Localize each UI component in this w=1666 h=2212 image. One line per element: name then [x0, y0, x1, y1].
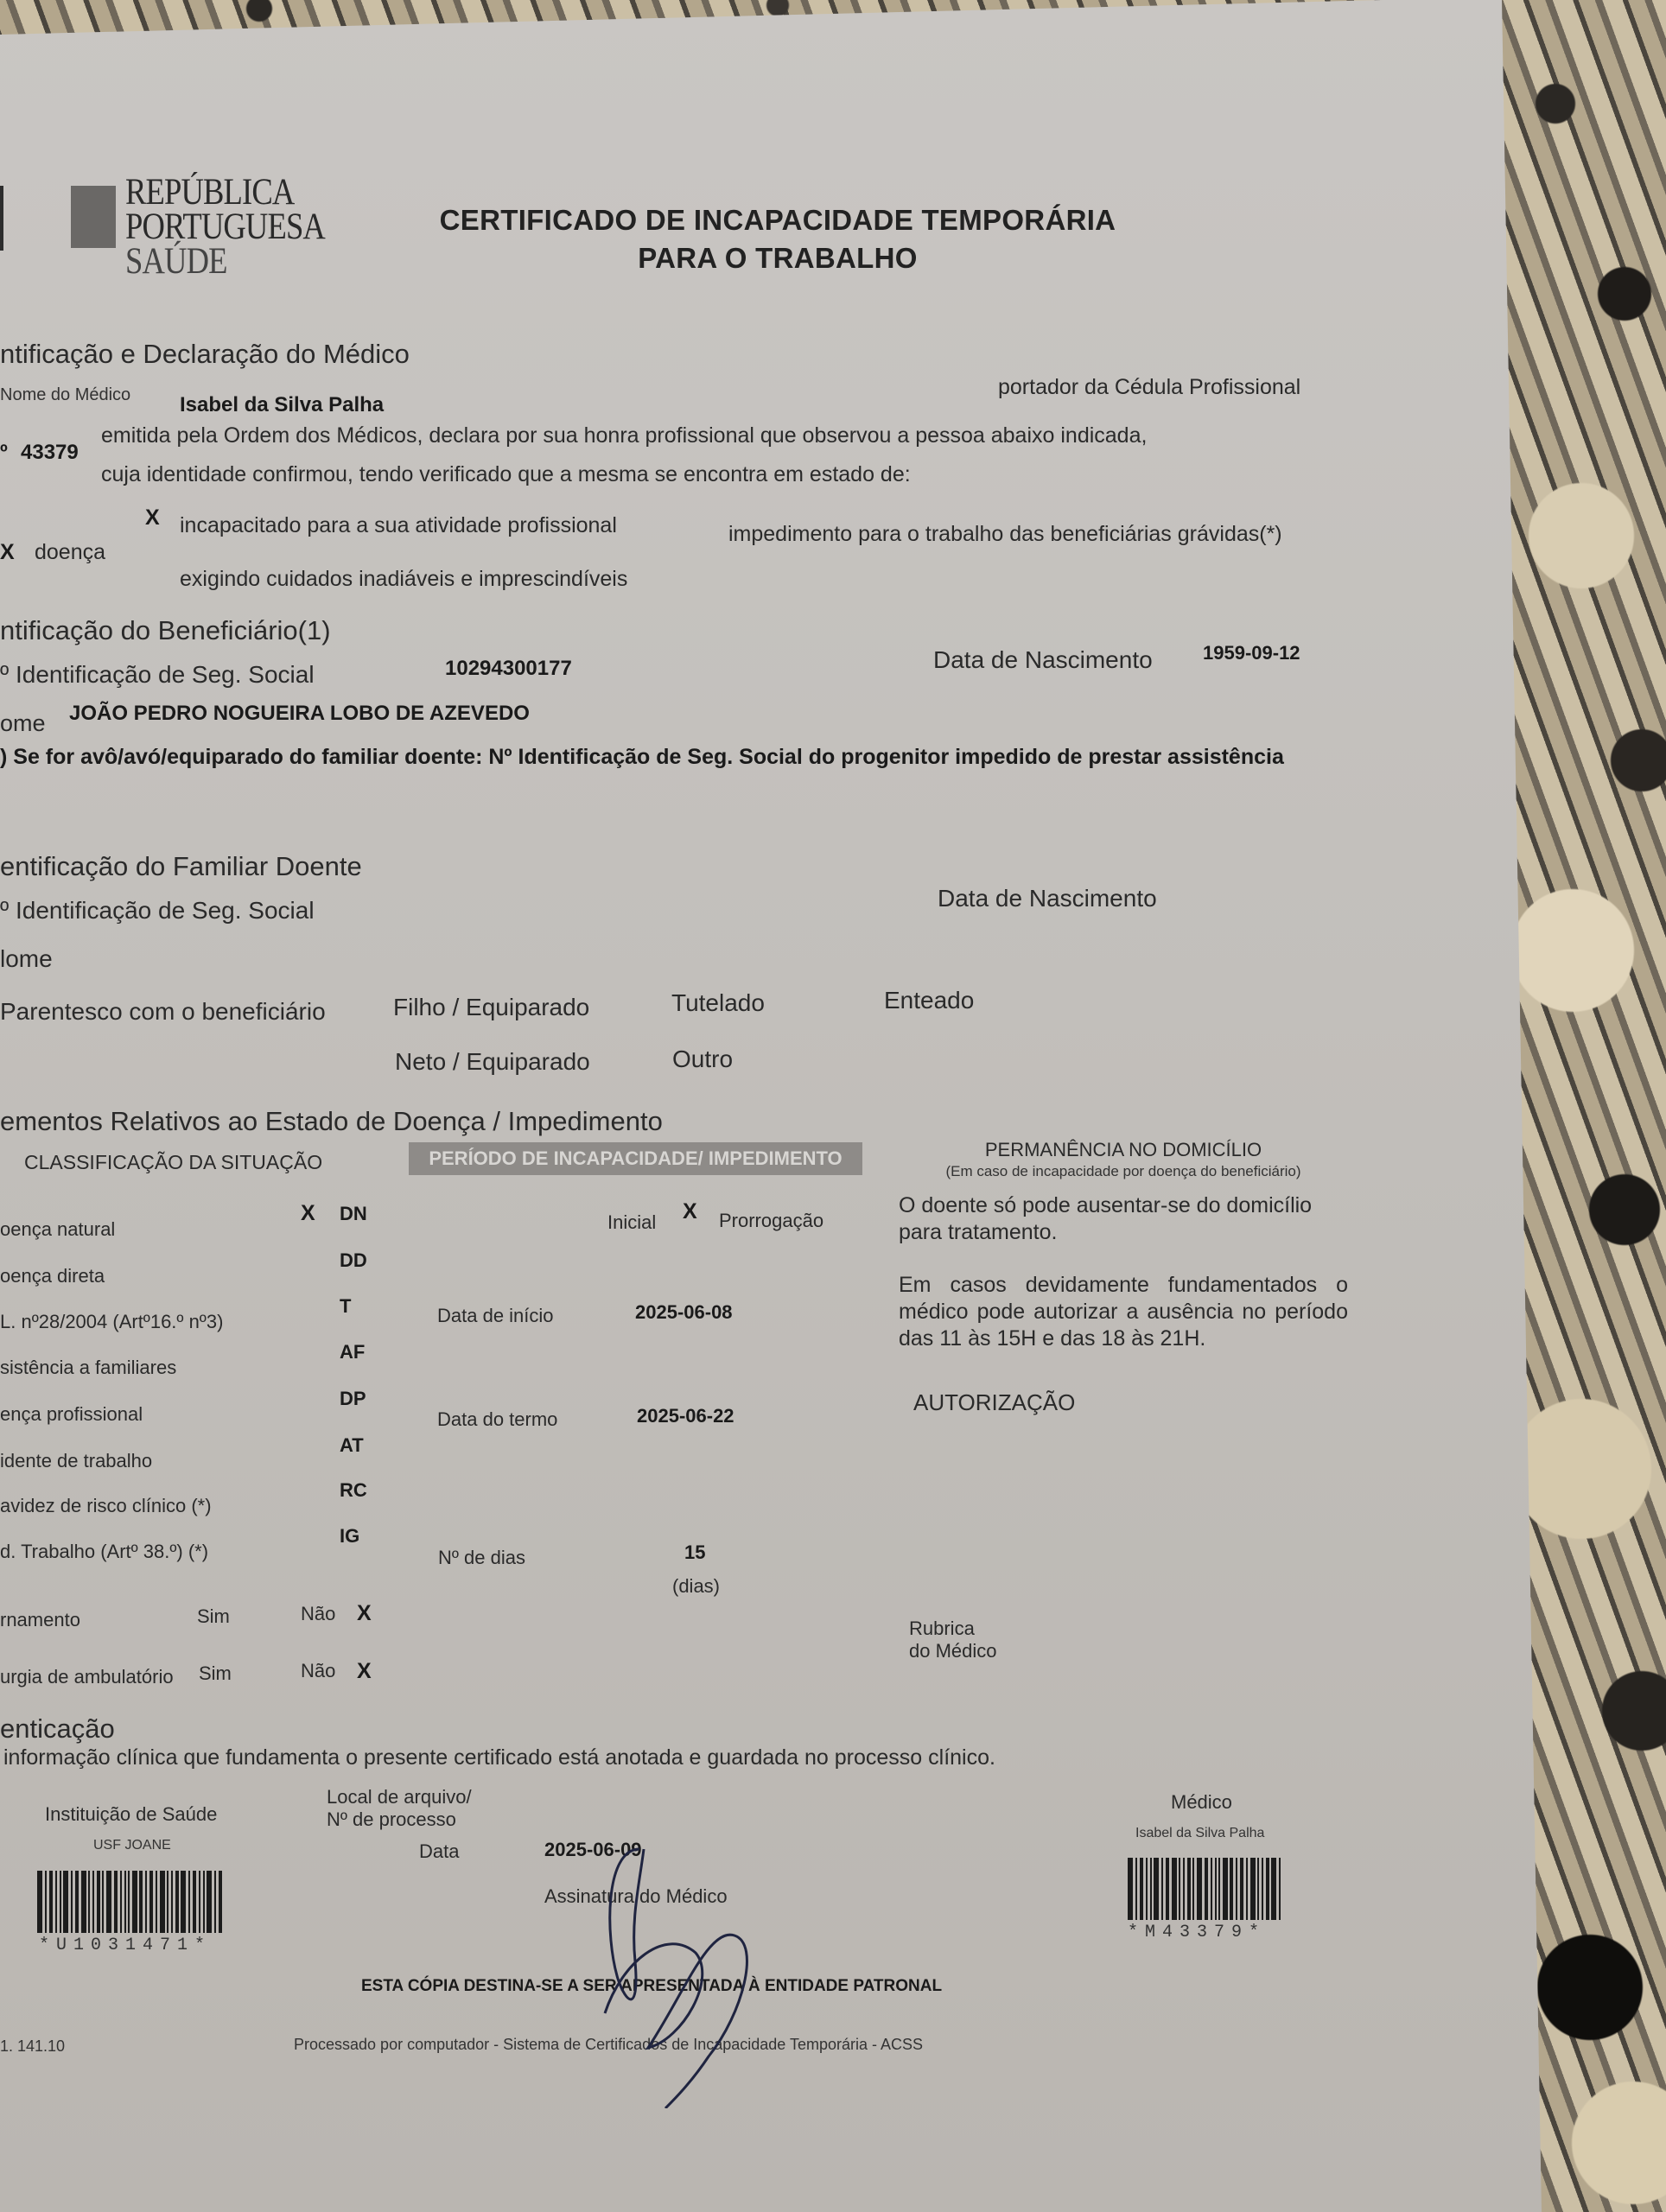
home-stay-subheading: (Em caso de incapacidade por doença do b… — [907, 1163, 1339, 1180]
classification-row-code: RC — [340, 1479, 367, 1502]
beneficiary-ss-value: 10294300177 — [445, 657, 572, 681]
internamento-nao-check-mark: X — [357, 1601, 372, 1626]
period-inicial-check-mark: X — [683, 1199, 697, 1224]
copy-notice: ESTA CÓPIA DESTINA-SE A SER APRESENTADA … — [361, 1977, 942, 1996]
archive-label: Local de arquivo/ Nº de processo — [327, 1786, 472, 1831]
end-date-label: Data do termo — [437, 1408, 557, 1431]
doctor-label: Médico — [1171, 1791, 1232, 1814]
classification-row-code: DD — [340, 1249, 367, 1272]
cirurgia-nao: Não — [301, 1660, 335, 1682]
cedula-label: portador da Cédula Profissional — [998, 375, 1300, 400]
date-value: 2025-06-09 — [544, 1839, 642, 1861]
classification-row-code: T — [340, 1295, 351, 1318]
classification-row-code: DP — [340, 1388, 366, 1410]
beneficiary-birth-label: Data de Nascimento — [933, 646, 1153, 674]
edge-mark — [0, 186, 3, 251]
classification-row-code: AT — [340, 1434, 364, 1457]
beneficiary-name-value: JOÃO PEDRO NOGUEIRA LOBO DE AZEVEDO — [69, 702, 530, 726]
beneficiary-name-label: ome — [0, 710, 46, 737]
institution-value: USF JOANE — [93, 1838, 171, 1853]
classification-row-label: idente de trabalho — [0, 1450, 152, 1472]
archive-label-line-1: Local de arquivo/ — [327, 1786, 472, 1808]
classification-heading: CLASSIFICAÇÃO DA SITUAÇÃO — [24, 1151, 322, 1174]
state-exigindo: exigindo cuidados inadiáveis e imprescin… — [180, 567, 627, 592]
processed-by: Processado por computador - Sistema de C… — [294, 2036, 923, 2054]
days-label: Nº de dias — [438, 1547, 525, 1569]
relation-option-tutelado: Tutelado — [671, 989, 765, 1017]
certificate-paper: REPÚBLICA PORTUGUESA SAÚDE CERTIFICADO D… — [0, 0, 1666, 2212]
days-value: 15 — [684, 1541, 705, 1564]
authentication-statement: informação clínica que fundamenta o pres… — [3, 1745, 995, 1770]
declaration-line-2: cuja identidade confirmou, tendo verific… — [101, 462, 911, 487]
republic-logo-text: REPÚBLICA PORTUGUESA SAÚDE — [125, 175, 325, 279]
internamento-nao: Não — [301, 1603, 335, 1625]
archive-label-line-2: Nº de processo — [327, 1808, 472, 1831]
document-title-line-2: PARA O TRABALHO — [423, 242, 1132, 275]
cirurgia-sim: Sim — [199, 1662, 232, 1685]
start-date-label: Data de início — [437, 1305, 554, 1327]
home-stay-text-1: O doente só pode ausentar-se do domicíli… — [899, 1192, 1348, 1246]
rubric-line-2: do Médico — [909, 1640, 997, 1662]
classification-check-mark: X — [301, 1201, 315, 1226]
doctor-name-footer: Isabel da Silva Palha — [1135, 1826, 1264, 1841]
period-heading-band: PERÍODO DE INCAPACIDADE/ IMPEDIMENTO — [409, 1142, 862, 1175]
cedula-prefix: º — [0, 441, 8, 465]
doctor-name-value: Isabel da Silva Palha — [180, 393, 384, 417]
authorization-label: AUTORIZAÇÃO — [913, 1389, 1075, 1416]
doctor-barcode-text: *M43379* — [1128, 1923, 1266, 1942]
logo-line-1: REPÚBLICA — [125, 175, 325, 210]
beneficiary-section-heading: ntificação do Beneficiário(1) — [0, 615, 331, 646]
authentication-heading: enticação — [0, 1713, 115, 1745]
logo-line-2: PORTUGUESA — [125, 210, 325, 245]
family-section-heading: entificação do Familiar Doente — [0, 851, 362, 882]
institution-barcode-text: *U1031471* — [39, 1935, 212, 1955]
home-stay-text-2: Em casos devidamente fundamentados o méd… — [899, 1272, 1348, 1352]
classification-row-label: d. Trabalho (Artº 38.º) (*) — [0, 1541, 208, 1563]
rubric-label: Rubrica do Médico — [909, 1618, 997, 1662]
relation-option-outro: Outro — [672, 1046, 733, 1073]
doenca-check-mark: X — [0, 540, 15, 565]
logo-line-3: SAÚDE — [125, 245, 325, 279]
state-incapacitado: incapacitado para a sua atividade profis… — [180, 513, 617, 538]
republic-logo-square-icon — [71, 186, 116, 248]
classification-row-code: DN — [340, 1203, 367, 1225]
doctor-signature-icon — [553, 1832, 778, 2108]
classification-row-label: sistência a familiares — [0, 1357, 176, 1379]
cirurgia-label: urgia de ambulatório — [0, 1666, 174, 1688]
state-doenca: doença — [35, 540, 105, 565]
signature-label: Assinatura do Médico — [544, 1885, 728, 1908]
family-ss-label: º Identificação de Seg. Social — [0, 897, 315, 925]
form-code: 1. 141.10 — [0, 2037, 65, 2056]
start-date-value: 2025-06-08 — [635, 1301, 733, 1324]
cirurgia-nao-check-mark: X — [357, 1659, 372, 1684]
classification-row-label: L. nº28/2004 (Artº16.º nº3) — [0, 1311, 223, 1333]
date-label: Data — [419, 1840, 459, 1863]
home-stay-heading: PERMANÊNCIA NO DOMICÍLIO — [907, 1139, 1339, 1161]
classification-row-label: oença natural — [0, 1218, 115, 1241]
declaration-line-1: emitida pela Ordem dos Médicos, declara … — [101, 423, 1147, 448]
end-date-value: 2025-06-22 — [637, 1405, 734, 1427]
internamento-sim: Sim — [197, 1605, 230, 1628]
institution-label: Instituição de Saúde — [45, 1803, 217, 1826]
cedula-value: 43379 — [21, 441, 79, 465]
doctor-name-label: Nome do Médico — [0, 385, 130, 405]
classification-row-label: oença direta — [0, 1265, 105, 1287]
classification-row-label: ença profissional — [0, 1403, 143, 1426]
classification-row-label: avidez de risco clínico (*) — [0, 1495, 212, 1517]
grandparent-note: ) Se for avô/avó/equiparado do familiar … — [0, 745, 1284, 770]
period-prorrogacao-label: Prorrogação — [719, 1210, 823, 1232]
beneficiary-birth-value: 1959-09-12 — [1203, 642, 1300, 664]
days-unit: (dias) — [672, 1575, 720, 1598]
institution-barcode-icon — [37, 1871, 225, 1933]
family-name-label: lome — [0, 945, 53, 973]
relation-option-filho: Filho / Equiparado — [393, 994, 589, 1021]
document-title-line-1: CERTIFICADO DE INCAPACIDADE TEMPORÁRIA — [423, 204, 1132, 237]
doctor-section-heading: ntificação e Declaração do Médico — [0, 339, 410, 370]
doctor-barcode-icon — [1128, 1858, 1283, 1920]
classification-row-code: AF — [340, 1341, 365, 1363]
classification-row-code: IG — [340, 1525, 359, 1548]
beneficiary-ss-label: º Identificação de Seg. Social — [0, 661, 315, 689]
internamento-label: rnamento — [0, 1609, 80, 1631]
period-inicial-label: Inicial — [607, 1211, 656, 1234]
incapacitado-check-mark: X — [145, 505, 160, 531]
relation-option-neto: Neto / Equiparado — [395, 1048, 590, 1076]
elements-section-heading: ementos Relativos ao Estado de Doença / … — [0, 1106, 663, 1137]
rubric-line-1: Rubrica — [909, 1618, 997, 1640]
family-birth-label: Data de Nascimento — [938, 885, 1157, 912]
relation-label: Parentesco com o beneficiário — [0, 998, 326, 1026]
state-impedimento: impedimento para o trabalho das benefici… — [728, 522, 1282, 547]
relation-option-enteado: Enteado — [884, 987, 974, 1014]
